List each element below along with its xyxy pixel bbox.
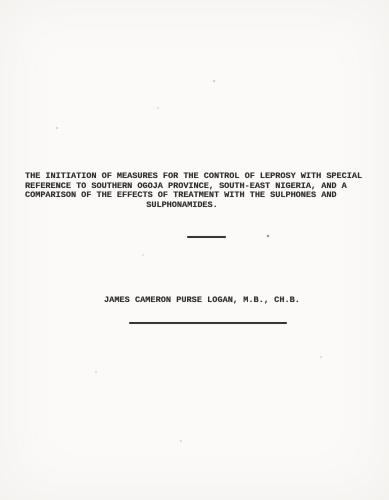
thesis-title: THE INITIATION OF MEASURES FOR THE CONTR…: [25, 172, 367, 211]
author-underline-rule: [129, 322, 287, 324]
title-divider-rule: [187, 236, 226, 238]
scanned-page: THE INITIATION OF MEASURES FOR THE CONTR…: [0, 0, 389, 500]
scan-noise-texture: [0, 0, 389, 500]
author-name: JAMES CAMERON PURSE LOGAN, M.B., CH.B.: [104, 295, 300, 305]
title-line-4: SULPHONAMIDES.: [25, 201, 367, 211]
